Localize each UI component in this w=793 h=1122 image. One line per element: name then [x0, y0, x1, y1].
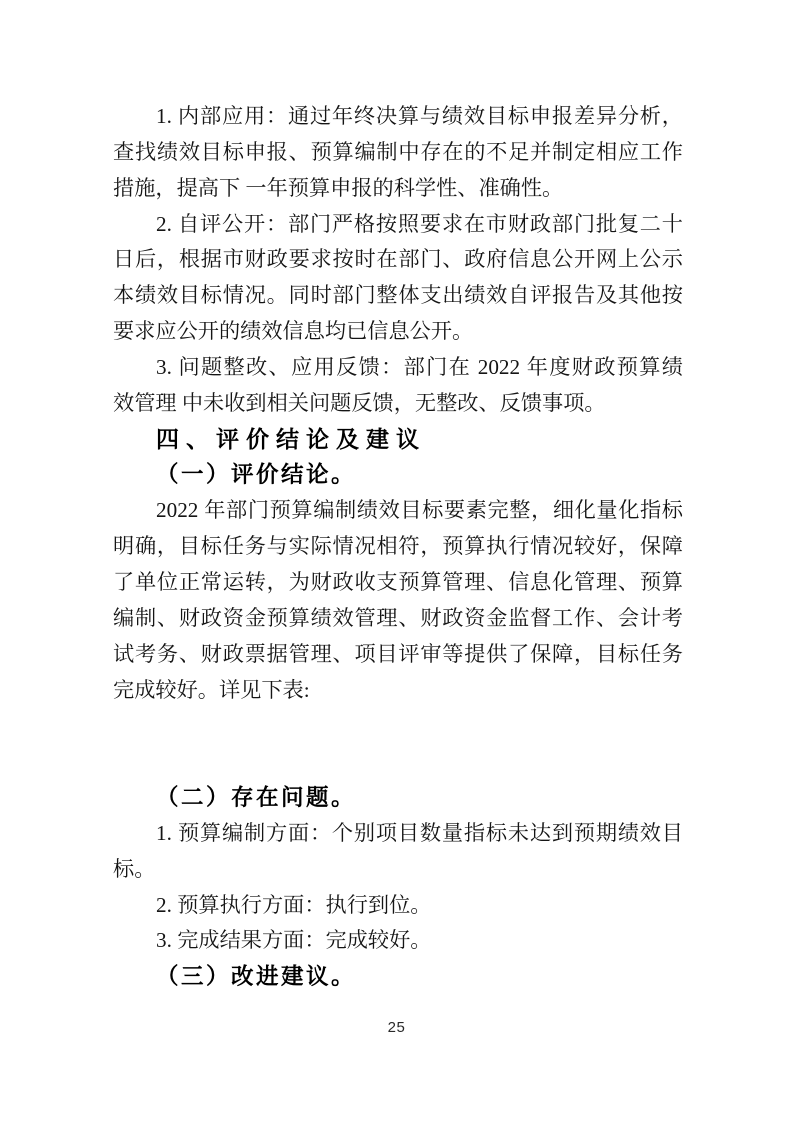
page-number: 25 — [0, 1019, 793, 1036]
paragraph-line: 明确，目标任务与实际情况相符，预算执行情况较好，保障 — [113, 529, 683, 565]
subsection-heading: （三）改进建议。 — [113, 959, 683, 995]
paragraph-line: 查找绩效目标申报、预算编制中存在的不足并制定相应工作 — [113, 135, 683, 171]
paragraph-line: 试考务、财政票据管理、项目评审等提供了保障，目标任务 — [113, 637, 683, 673]
spacer-line — [113, 708, 683, 744]
paragraph-line: 2022 年部门预算编制绩效目标要素完整，细化量化指标 — [113, 493, 683, 529]
paragraph-line: 编制、财政资金预算绩效管理、财政资金监督工作、会计考 — [113, 601, 683, 637]
paragraph-line: 本绩效目标情况。同时部门整体支出绩效自评报告及其他按 — [113, 278, 683, 314]
paragraph-line: 2. 预算执行方面：执行到位。 — [113, 888, 683, 924]
paragraph-line: 1. 预算编制方面：个别项目数量指标未达到预期绩效目 — [113, 816, 683, 852]
section-heading: 四、评价结论及建议 — [113, 422, 683, 458]
paragraph-line: 措施，提高下 一年预算申报的科学性、准确性。 — [113, 171, 683, 207]
paragraph-line: 日后，根据市财政要求按时在部门、政府信息公开网上公示 — [113, 242, 683, 278]
document-page: 1. 内部应用：通过年终决算与绩效目标申报差异分析， 查找绩效目标申报、预算编制… — [0, 0, 793, 1122]
paragraph-line: 要求应公开的绩效信息均已信息公开。 — [113, 314, 683, 350]
paragraph-line: 了单位正常运转，为财政收支预算管理、信息化管理、预算 — [113, 565, 683, 601]
paragraph-line: 3. 问题整改、应用反馈：部门在 2022 年度财政预算绩 — [113, 350, 683, 386]
paragraph-line: 完成较好。详见下表: — [113, 673, 683, 709]
paragraph-line: 2. 自评公开：部门严格按照要求在市财政部门批复二十 — [113, 207, 683, 243]
spacer-line — [113, 744, 683, 780]
paragraph-line: 3. 完成结果方面：完成较好。 — [113, 923, 683, 959]
paragraph-line: 标。 — [113, 852, 683, 888]
subsection-heading: （一）评价结论。 — [113, 457, 683, 493]
paragraph-line: 1. 内部应用：通过年终决算与绩效目标申报差异分析， — [113, 99, 683, 135]
paragraph-line: 效管理 中未收到相关问题反馈，无整改、反馈事项。 — [113, 386, 683, 422]
document-body: 1. 内部应用：通过年终决算与绩效目标申报差异分析， 查找绩效目标申报、预算编制… — [113, 99, 683, 995]
subsection-heading: （二）存在问题。 — [113, 780, 683, 816]
